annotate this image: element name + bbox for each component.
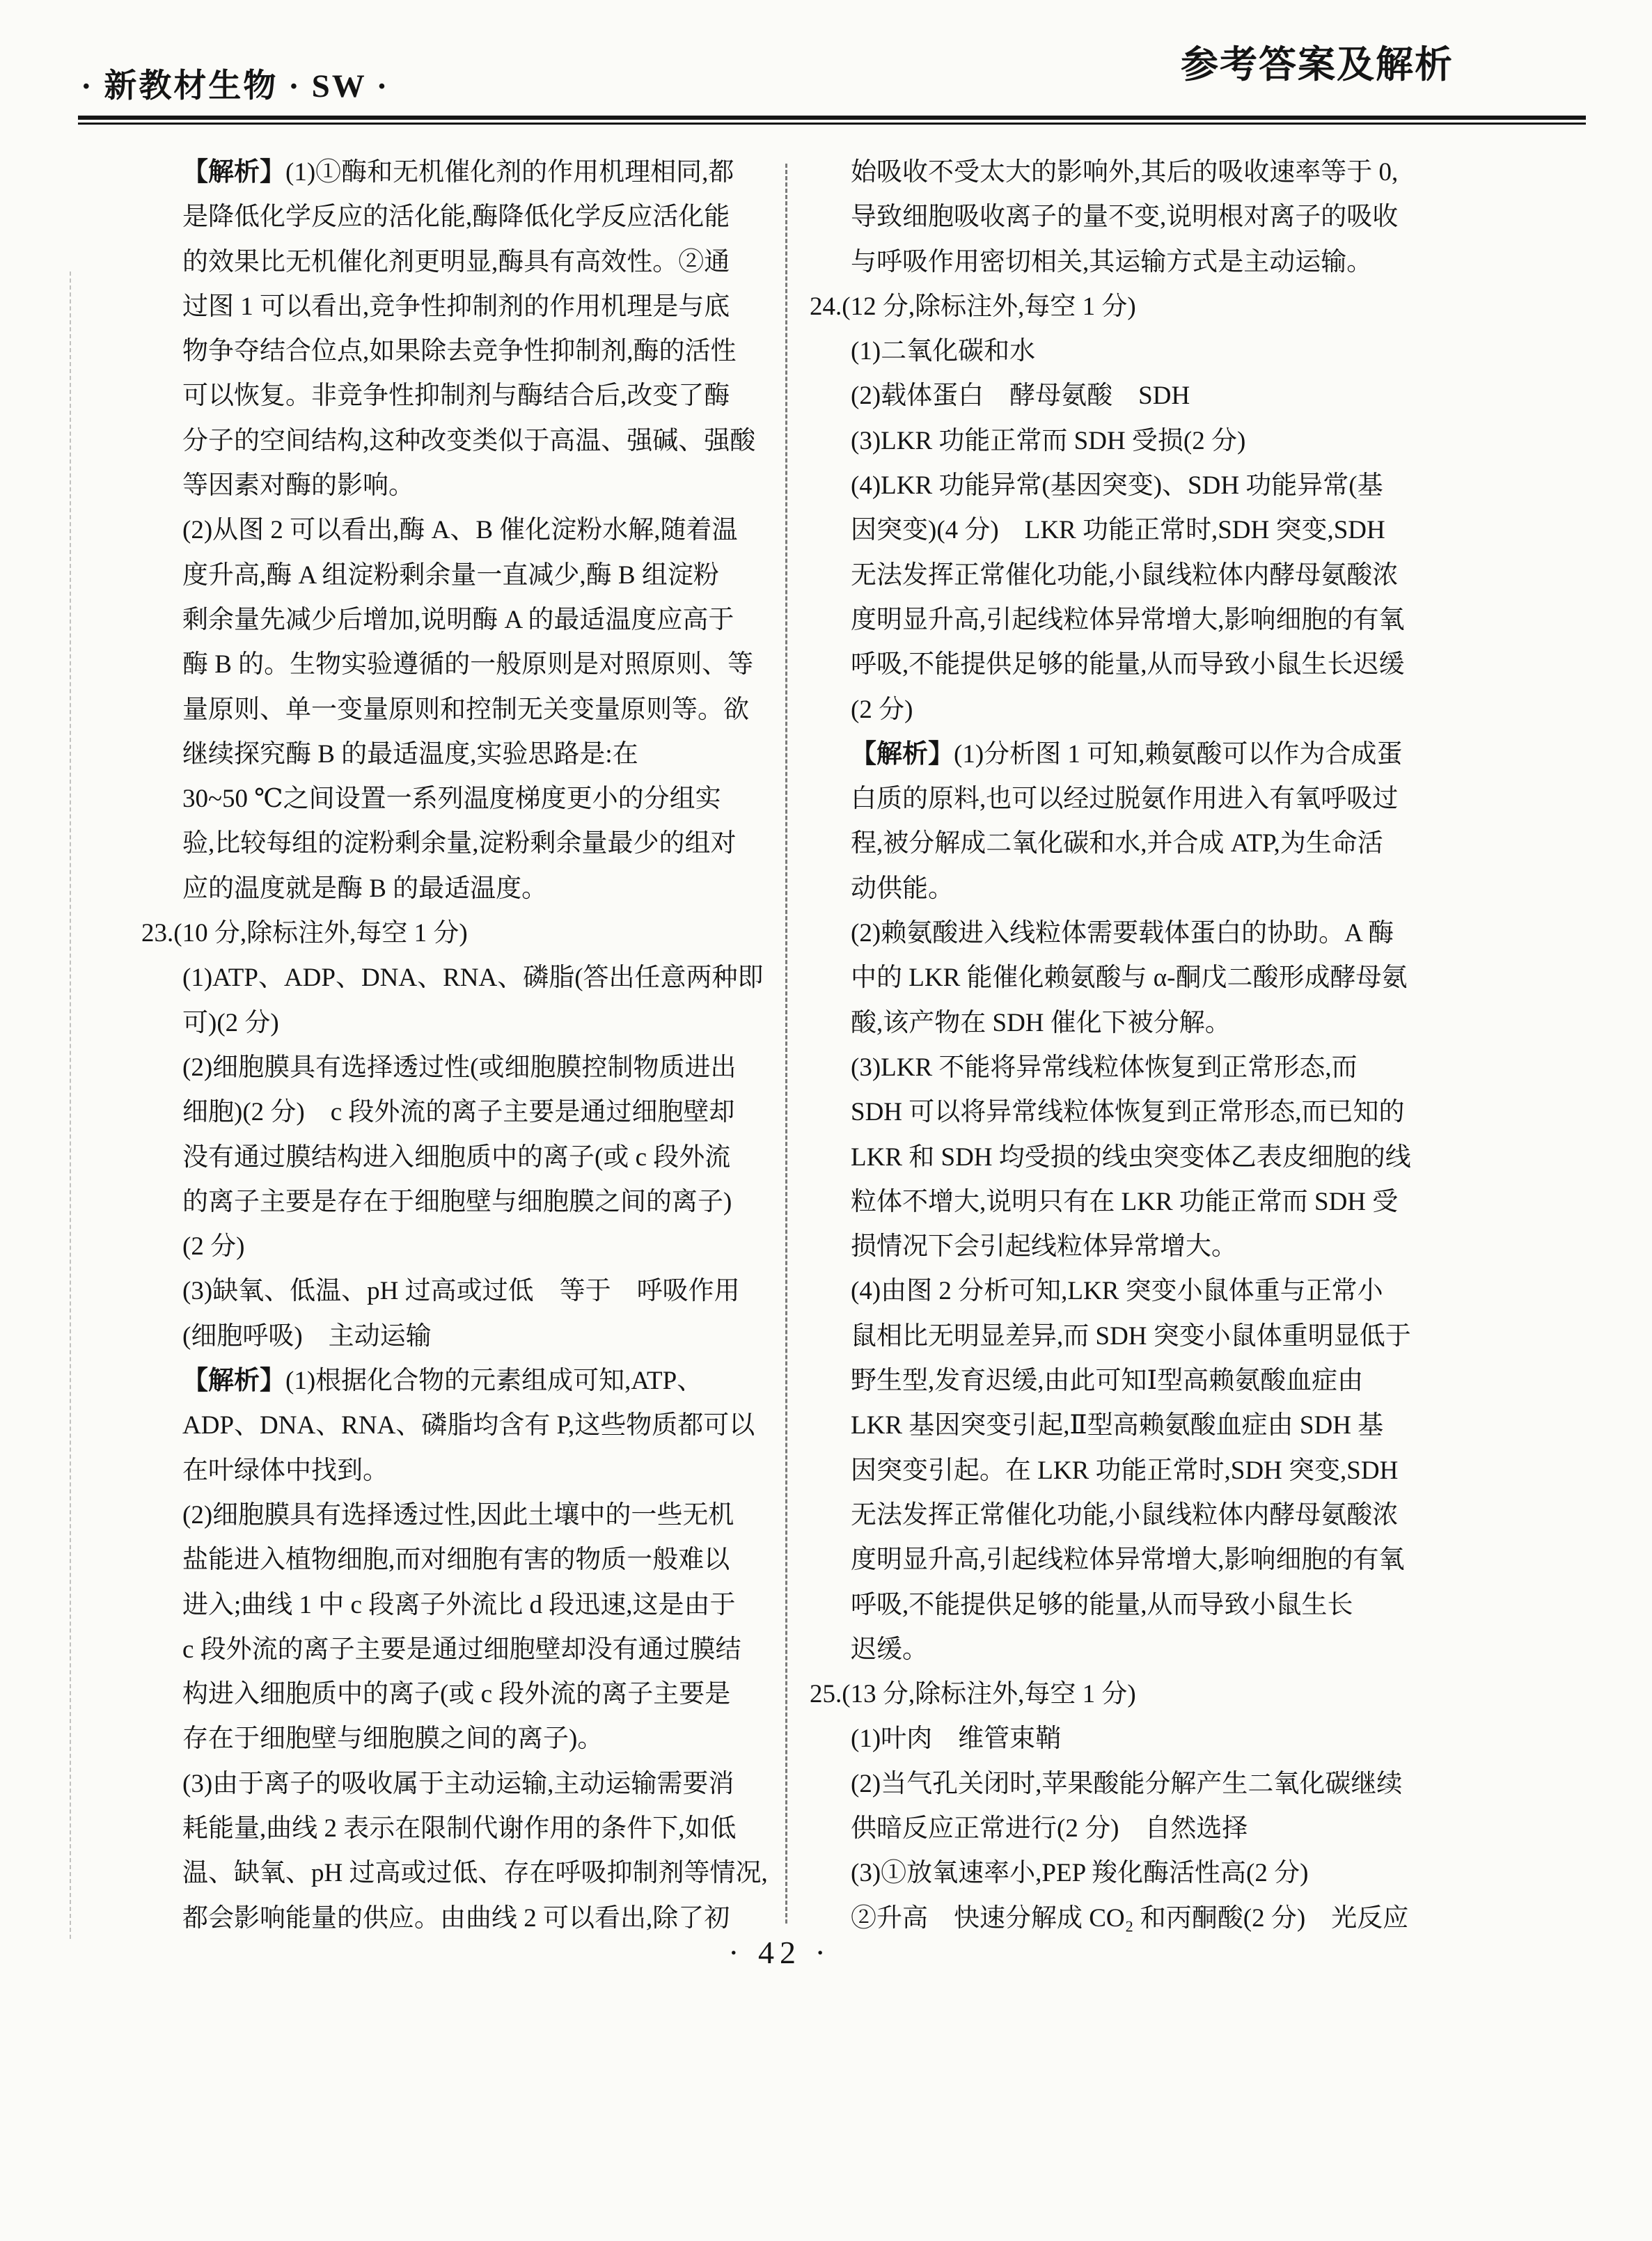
text-line: (3)①放氧速率小,PEP 羧化酶活性高(2 分) bbox=[810, 1851, 1631, 1896]
header-right-title: 参考答案及解析 bbox=[1181, 35, 1454, 88]
text-line: 是降低化学反应的活化能,酶降低化学反应活化能 bbox=[141, 195, 799, 239]
text-line: 分子的空间结构,这种改变类似于高温、强碱、强酸 bbox=[141, 419, 799, 464]
text-line: (2 分) bbox=[141, 1225, 799, 1269]
header-rule bbox=[78, 116, 1586, 125]
text-line: 都会影响能量的供应。由曲线 2 可以看出,除了初 bbox=[141, 1896, 799, 1941]
text-line: (3)缺氧、低温、pH 过高或过低 等于 呼吸作用 bbox=[141, 1269, 799, 1314]
text-line: 的效果比无机催化剂更明显,酶具有高效性。②通 bbox=[141, 240, 799, 285]
left-margin-line bbox=[70, 272, 71, 1939]
text-line: 与呼吸作用密切相关,其运输方式是主动运输。 bbox=[810, 240, 1631, 285]
text-line: 剩余量先减少后增加,说明酶 A 的最适温度应高于 bbox=[141, 598, 799, 643]
text-line: 酸,该产物在 SDH 催化下被分解。 bbox=[810, 1001, 1631, 1046]
text-line: (2)细胞膜具有选择透过性,因此土壤中的一些无机 bbox=[141, 1493, 799, 1538]
text-line: 度明显升高,引起线粒体异常增大,影响细胞的有氧 bbox=[810, 598, 1631, 643]
text-line: 【解析】(1)根据化合物的元素组成可知,ATP、 bbox=[141, 1359, 799, 1403]
text-line: (3)LKR 功能正常而 SDH 受损(2 分) bbox=[810, 419, 1631, 464]
text-line: 【解析】(1)①酶和无机催化剂的作用机理相同,都 bbox=[141, 150, 799, 195]
text-line: 导致细胞吸收离子的量不变,说明根对离子的吸收 bbox=[810, 195, 1631, 239]
text-line: (3)LKR 不能将异常线粒体恢复到正常形态,而 bbox=[810, 1046, 1631, 1090]
text-line: 25.(13 分,除标注外,每空 1 分) bbox=[810, 1672, 1631, 1717]
text-line: ADP、DNA、RNA、磷脂均含有 P,这些物质都可以 bbox=[141, 1403, 799, 1448]
text-line: 构进入细胞质中的离子(或 c 段外流的离子主要是 bbox=[141, 1672, 799, 1717]
text-line: 度升高,酶 A 组淀粉剩余量一直减少,酶 B 组淀粉 bbox=[141, 553, 799, 598]
text-line: 可)(2 分) bbox=[141, 1001, 799, 1046]
text-line: 动供能。 bbox=[810, 867, 1631, 911]
text-line: 存在于细胞壁与细胞膜之间的离子)。 bbox=[141, 1717, 799, 1761]
text-line: 温、缺氧、pH 过高或过低、存在呼吸抑制剂等情况, bbox=[141, 1851, 799, 1896]
text-line: 没有通过膜结构进入细胞质中的离子(或 c 段外流 bbox=[141, 1135, 799, 1180]
text-line: 始吸收不受太大的影响外,其后的吸收速率等于 0, bbox=[810, 150, 1631, 195]
text-line: LKR 和 SDH 均受损的线虫突变体乙表皮细胞的线 bbox=[810, 1135, 1631, 1180]
text-line: (细胞呼吸) 主动运输 bbox=[141, 1314, 799, 1359]
text-line: 迟缓。 bbox=[810, 1628, 1631, 1672]
text-line: 进入;曲线 1 中 c 段离子外流比 d 段迅速,这是由于 bbox=[141, 1583, 799, 1628]
text-line: 供暗反应正常进行(2 分) 自然选择 bbox=[810, 1807, 1631, 1851]
text-line: (1)ATP、ADP、DNA、RNA、磷脂(答出任意两种即 bbox=[141, 956, 799, 1000]
text-line: (4)LKR 功能异常(基因突变)、SDH 功能异常(基 bbox=[810, 464, 1631, 508]
text-line: 30~50 ℃之间设置一系列温度梯度更小的分组实 bbox=[141, 777, 799, 821]
text-line: 呼吸,不能提供足够的能量,从而导致小鼠生长迟缓 bbox=[810, 643, 1631, 687]
text-line: (1)二氧化碳和水 bbox=[810, 329, 1631, 374]
text-line: (2 分) bbox=[810, 688, 1631, 732]
text-line: 无法发挥正常催化功能,小鼠线粒体内酵母氨酸浓 bbox=[810, 553, 1631, 598]
text-line: (1)叶肉 维管束鞘 bbox=[810, 1717, 1631, 1761]
text-line: 白质的原料,也可以经过脱氨作用进入有氧呼吸过 bbox=[810, 777, 1631, 821]
text-line: ②升高 快速分解成 CO₂ 和丙酮酸(2 分) 光反应 bbox=[810, 1896, 1631, 1941]
text-line: (2)赖氨酸进入线粒体需要载体蛋白的协助。A 酶 bbox=[810, 911, 1631, 956]
text-line: 因突变)(4 分) LKR 功能正常时,SDH 突变,SDH bbox=[810, 508, 1631, 553]
text-line: 盐能进入植物细胞,而对细胞有害的物质一般难以 bbox=[141, 1538, 799, 1582]
text-line: SDH 可以将异常线粒体恢复到正常形态,而已知的 bbox=[810, 1090, 1631, 1135]
page-number: · 42 · bbox=[703, 1934, 856, 1971]
text-line: (2)从图 2 可以看出,酶 A、B 催化淀粉水解,随着温 bbox=[141, 508, 799, 553]
text-line: (3)由于离子的吸收属于主动运输,主动运输需要消 bbox=[141, 1762, 799, 1807]
text-line: (2)载体蛋白 酵母氨酸 SDH bbox=[810, 374, 1631, 418]
text-line: 呼吸,不能提供足够的能量,从而导致小鼠生长 bbox=[810, 1583, 1631, 1628]
text-line: c 段外流的离子主要是通过细胞壁却没有通过膜结 bbox=[141, 1628, 799, 1672]
text-line: 损情况下会引起线粒体异常增大。 bbox=[810, 1225, 1631, 1269]
text-line: 程,被分解成二氧化碳和水,并合成 ATP,为生命活 bbox=[810, 821, 1631, 866]
text-line: LKR 基因突变引起,Ⅱ型高赖氨酸血症由 SDH 基 bbox=[810, 1403, 1631, 1448]
text-line: (2)当气孔关闭时,苹果酸能分解产生二氧化碳继续 bbox=[810, 1762, 1631, 1807]
text-line: (4)由图 2 分析可知,LKR 突变小鼠体重与正常小 bbox=[810, 1269, 1631, 1314]
text-line: 在叶绿体中找到。 bbox=[141, 1449, 799, 1493]
analysis-label: 【解析】 bbox=[182, 158, 285, 187]
text-line: 23.(10 分,除标注外,每空 1 分) bbox=[141, 911, 799, 956]
text-line: 粒体不增大,说明只有在 LKR 功能正常而 SDH 受 bbox=[810, 1180, 1631, 1225]
text-line: 因突变引起。在 LKR 功能正常时,SDH 突变,SDH bbox=[810, 1449, 1631, 1493]
text-line: 野生型,发育迟缓,由此可知Ⅰ型高赖氨酸血症由 bbox=[810, 1359, 1631, 1403]
text-line: 24.(12 分,除标注外,每空 1 分) bbox=[810, 285, 1631, 329]
header-left-title: · 新教材生物 · SW · bbox=[81, 60, 389, 107]
right-column: 始吸收不受太大的影响外,其后的吸收速率等于 0,导致细胞吸收离子的量不变,说明根… bbox=[810, 150, 1631, 1941]
text-line: 度明显升高,引起线粒体异常增大,影响细胞的有氧 bbox=[810, 1538, 1631, 1582]
text-line: 物争夺结合位点,如果除去竞争性抑制剂,酶的活性 bbox=[141, 329, 799, 374]
text-line: 验,比较每组的淀粉剩余量,淀粉剩余量最少的组对 bbox=[141, 821, 799, 866]
text-line: 中的 LKR 能催化赖氨酸与 α-酮戊二酸形成酵母氨 bbox=[810, 956, 1631, 1000]
text-line: 量原则、单一变量原则和控制无关变量原则等。欲 bbox=[141, 688, 799, 732]
text-line: 的离子主要是存在于细胞壁与细胞膜之间的离子) bbox=[141, 1180, 799, 1225]
text-line: 无法发挥正常催化功能,小鼠线粒体内酵母氨酸浓 bbox=[810, 1493, 1631, 1538]
page: · 新教材生物 · SW · 参考答案及解析 【解析】(1)①酶和无机催化剂的作… bbox=[0, 0, 1652, 2241]
text-line: 过图 1 可以看出,竞争性抑制剂的作用机理是与底 bbox=[141, 285, 799, 329]
analysis-label: 【解析】 bbox=[851, 740, 954, 769]
text-line: 应的温度就是酶 B 的最适温度。 bbox=[141, 867, 799, 911]
text-line: 耗能量,曲线 2 表示在限制代谢作用的条件下,如低 bbox=[141, 1807, 799, 1851]
text-line: 等因素对酶的影响。 bbox=[141, 464, 799, 508]
text-line: 酶 B 的。生物实验遵循的一般原则是对照原则、等 bbox=[141, 643, 799, 687]
text-line: 可以恢复。非竞争性抑制剂与酶结合后,改变了酶 bbox=[141, 374, 799, 418]
text-line: 【解析】(1)分析图 1 可知,赖氨酸可以作为合成蛋 bbox=[810, 732, 1631, 777]
analysis-label: 【解析】 bbox=[182, 1367, 285, 1395]
left-column: 【解析】(1)①酶和无机催化剂的作用机理相同,都是降低化学反应的活化能,酶降低化… bbox=[141, 150, 799, 1941]
text-line: 继续探究酶 B 的最适温度,实验思路是:在 bbox=[141, 732, 799, 777]
text-line: (2)细胞膜具有选择透过性(或细胞膜控制物质进出 bbox=[141, 1046, 799, 1090]
text-line: 细胞)(2 分) c 段外流的离子主要是通过细胞壁却 bbox=[141, 1090, 799, 1135]
text-line: 鼠相比无明显差异,而 SDH 突变小鼠体重明显低于 bbox=[810, 1314, 1631, 1359]
